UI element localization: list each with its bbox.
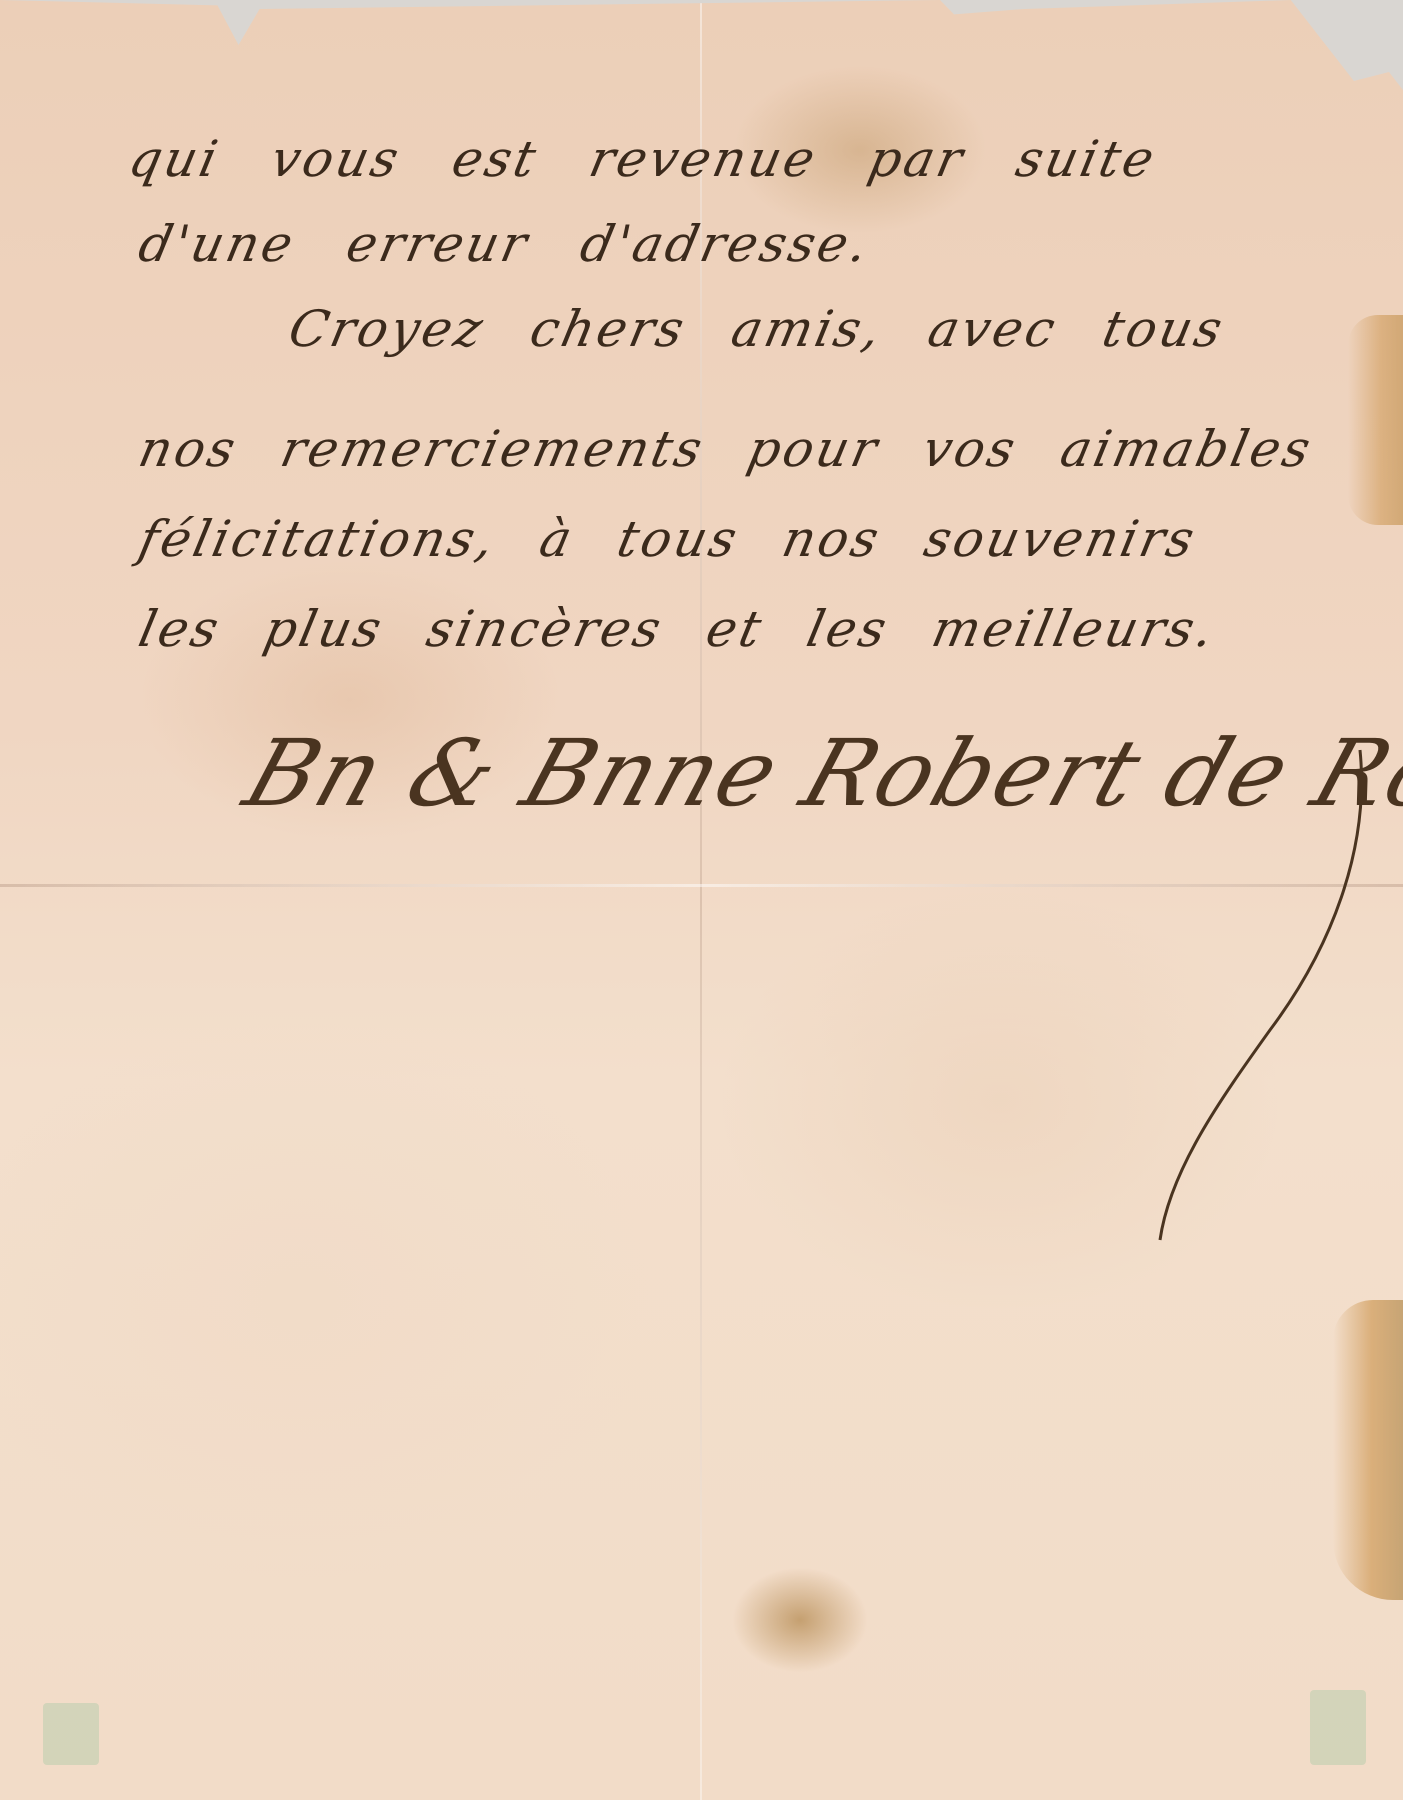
letter-line-1: qui vous est revenue par suite xyxy=(124,130,1162,188)
signature-flourish xyxy=(1130,700,1390,1260)
tape-mark-right xyxy=(1310,1690,1366,1765)
letter-line-3: Croyez chers amis, avec tous xyxy=(284,300,1230,358)
letter-line-5: félicitations, à tous nos souvenirs xyxy=(134,510,1202,568)
edge-stain-lower xyxy=(1333,1300,1403,1600)
letter-line-2: d'une erreur d'adresse. xyxy=(134,215,876,273)
letter-page: qui vous est revenue par suite d'une err… xyxy=(0,0,1403,1800)
letter-line-4: nos remerciements pour vos aimables xyxy=(134,420,1318,478)
tape-mark-left xyxy=(43,1703,99,1765)
letter-line-6: les plus sincères et les meilleurs. xyxy=(134,600,1222,658)
edge-stain-upper xyxy=(1348,315,1403,525)
